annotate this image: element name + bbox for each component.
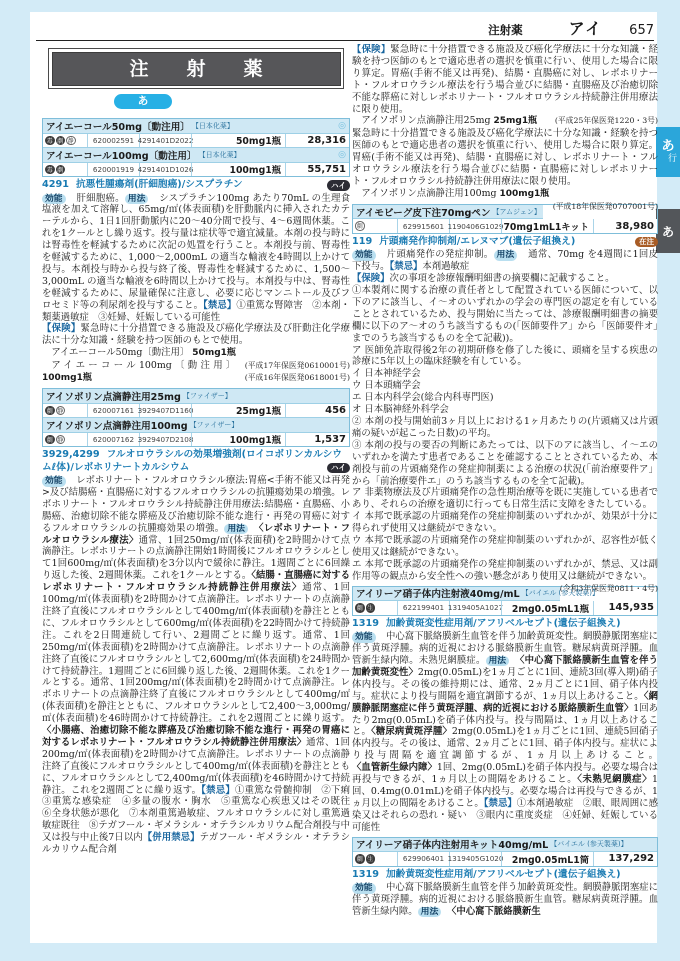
label-pill: 用法 (486, 656, 510, 667)
text (442, 906, 451, 917)
product-maker: 【アムジェン】 (493, 207, 541, 217)
label-pill: 効能 (42, 476, 66, 487)
bracket-label: 【禁忌】 (484, 798, 517, 809)
product-code-1: 620002591 (87, 134, 139, 148)
badge-劇-icon: 劇 (45, 435, 55, 445)
product-name: アイモビーグ皮下注70mgペン (356, 205, 491, 219)
bold-text: 〈中心窩下脈絡膜新生 (452, 906, 541, 917)
paragraph: 【保険】次の事項を診療報酬明細書の摘要欄に記載すること。 (352, 273, 658, 285)
notice-ref: (平成25年保医発1220・3号) (545, 115, 658, 127)
text: 片頭痛発作の発症抑制。 (377, 249, 494, 260)
product-price: 38,980 (593, 219, 657, 233)
product-price: 456 (285, 404, 349, 418)
edge-tab-a-gyo-suffix: 行 (668, 154, 677, 164)
section-title-text: 注 射 薬 (52, 52, 341, 86)
right-column-blocks: 【保険】緊急時に十分措置できる施設及び癌化学療法に十分な知識・経験を持つ医師のも… (352, 44, 658, 918)
product-name-row: アイリーア硝子体内注射液40mg/mL【バイエル (参天製薬)】 (353, 587, 560, 602)
notice-ref: (平成18年保医発0707001号) (543, 201, 658, 213)
paragraph: アイソボリン点滴静注用25mg 25mg1瓶(平成25年保医発1220・3号) (352, 115, 658, 128)
section-title-box: 注 射 薬 (48, 48, 344, 89)
text: ウ 本邦で既承認の片頭痛発作の発症抑制薬のいずれかが、忍容性が低く使用又は継続が… (352, 535, 658, 558)
bracket-label: 【禁忌】 (203, 300, 236, 311)
product-unit: 25mg1瓶 (191, 404, 285, 418)
paragraph: エ 本邦で既承認の片頭痛発作の発症抑制薬のいずれかが、禁忌、又は副作用等の観点か… (352, 559, 658, 583)
price-table: アイリーア硝子体内注射用キット40mg/mL【バイエル (参天製薬)】劇生629… (352, 837, 658, 867)
product-maker: 【ファイザー】 (190, 420, 239, 430)
badge-毒-icon: 毒 (45, 136, 55, 146)
text: エ 本邦で既承認の片頭痛発作の発症抑制薬のいずれかが、禁忌、又は副作用等の観点か… (352, 559, 658, 582)
text (510, 655, 520, 666)
product-name-row: アイソボリン点滴静注用100mg【ファイザー】 (43, 418, 349, 433)
product-name-row: アイソボリン点滴静注用25mg【ファイザー】 (43, 389, 349, 404)
badge-生-icon: 生 (366, 854, 376, 864)
paragraph: アイソボリン点滴静注用100mg 100mg1瓶(平成18年保医発0707001… (352, 188, 658, 201)
text: オ 日本脳神経外科学会 (352, 404, 449, 415)
paragraph: 効能 中心窩下脈絡膜新生血管を伴う加齢黄斑変性。網膜静脈閉塞症に伴う黄斑浮腫。病… (352, 882, 658, 918)
right-column: 【保険】緊急時に十分措置できる施設及び癌化学療法に十分な知識・経験を持つ医師のも… (352, 44, 658, 938)
section-heading: 1319加齢黄斑変性症用剤/アフリベルセプト(遺伝子組換え) (352, 618, 658, 631)
text: 次の事項を診療報酬明細書の摘要欄に記載すること。 (390, 273, 615, 284)
section-title: 抗悪性腫瘍剤(肝細胞癌)/シスプラチン (76, 179, 243, 190)
product-name-row: アイエーコール100mg〔動注用〕【日本化薬】◎ (43, 148, 349, 163)
bold-text: 〈糖尿病黄斑浮腫〉 (371, 726, 452, 737)
left-column-blocks: アイエーコール50mg〔動注用〕【日本化薬】◎毒劇静62000259142914… (42, 118, 350, 856)
bracket-label: 【禁忌】 (390, 261, 423, 272)
notice-ref: (平成16年保医発0618001号) (235, 372, 350, 384)
badge-生-icon: 生 (366, 603, 376, 613)
product-name: アイリーア硝子体内注射液40mg/mL (356, 586, 520, 600)
product-unit: 100mg1瓶 (191, 433, 285, 447)
paragraph: アイエーコール50mg〔動注用〕 50mg1瓶(平成17年保医発0610001号… (42, 347, 350, 360)
paragraph: 効能 肝細胞癌。用法 シスプラチン100mg あたり70mL の生理食塩液を加え… (42, 193, 350, 324)
badge-静-icon: 静 (66, 136, 76, 146)
regulation-badges: 劇生 (353, 603, 397, 613)
paragraph: 効能 レボホリナート・フルオロウラシル療法:胃癌<手術不能又は再発>及び結腸癌・… (42, 475, 350, 856)
text: 通常、1回100mg/㎡(体表面積)を2時間かけて点滴静注。レボホリナートの点滴… (42, 582, 350, 724)
product-code-2: 3929407D1160 (139, 404, 191, 418)
product-name: アイエーコール100mg〔動注用〕 (46, 148, 197, 162)
product-detail-row: 劇静6200071623929407D2108100mg1瓶1,537 (43, 433, 349, 447)
text: ①本製剤に関する治療の責任者として配置されている医師について、以下のアに該当し、… (352, 285, 658, 344)
edge-tab-a-gyo: あ 行 (656, 127, 680, 177)
text: 緊急時に十分措置できる施設及び癌化学療法に十分な知識・経験を持つ医師のもとで適応… (352, 128, 658, 187)
badge-劇-icon: 劇 (45, 406, 55, 416)
section-title: 片頭痛発作抑制剤/エレヌマブ(遺伝子組換え) (379, 236, 575, 247)
page-header: 注射薬 アイ 657 (36, 16, 654, 39)
section-badge-在注: 在注 (635, 237, 658, 248)
paragraph: 【保険】緊急時に十分措置できる施設及び癌化学療法及び肝動注化学療法に十分な知識・… (42, 323, 350, 347)
text: アイエーコール100mg〔動注用〕 (51, 360, 235, 371)
text: アイエーコール50mg〔動注用〕 (51, 347, 192, 358)
unit-text: 25mg1瓶 (493, 116, 537, 126)
product-code-1: 622199401 (397, 601, 449, 615)
section-heading: 119片頭痛発作抑制剤/エレヌマブ(遺伝子組換え)在注 (352, 236, 658, 249)
text: 本剤過敏症 (422, 261, 469, 272)
product-unit: 100mg1瓶 (191, 163, 285, 177)
regulation-badges: 劇静 (43, 406, 87, 416)
product-unit: 2mg0.05mL1筒 (501, 852, 593, 866)
product-code-1: 629906401 (397, 852, 449, 866)
bracket-label: 【保険】 (352, 273, 390, 284)
badge-毒-icon: 毒 (45, 165, 55, 175)
product-name: アイリーア硝子体内注射用キット40mg/mL (356, 837, 548, 851)
badge-静-icon: 静 (56, 435, 66, 445)
product-price: 55,751 (285, 163, 349, 177)
product-code-1: 629915601 (397, 219, 449, 233)
section-code: 1319 (352, 618, 379, 629)
left-column: 注 射 薬 あ アイエーコール50mg〔動注用〕【日本化薬】◎毒劇静620002… (42, 44, 350, 938)
text (249, 523, 259, 534)
paragraph: ①本製剤に関する治療の責任者として配置されている医師について、以下のアに該当し、… (352, 285, 658, 345)
label-pill: 用法 (125, 194, 149, 205)
price-table: アイエーコール50mg〔動注用〕【日本化薬】◎毒劇静62000259142914… (42, 118, 350, 177)
price-table: アイソボリン点滴静注用25mg【ファイザー】劇静6200071613929407… (42, 388, 350, 447)
regulation-badges: 劇 (353, 221, 397, 231)
bold-text: 〈未熟児網膜症〉 (577, 774, 652, 785)
regulation-badges: 毒劇 (43, 165, 87, 175)
kana-index-pill: あ (114, 94, 172, 109)
product-code-2: 1319405A1027 (449, 601, 501, 615)
paragraph: ③ 本剤の投与の要否の判断にあたっては、以下のアに該当し、イ〜エのいずれかを満た… (352, 440, 658, 488)
label-pill: 用法 (494, 250, 518, 261)
generic-mark-icon: ◎ (338, 150, 346, 160)
product-price: 145,935 (593, 601, 657, 615)
product-code-2: 1319405G1020 (449, 852, 501, 866)
notice-ref: (平成17年保医発0610001号) (235, 360, 350, 372)
edge-tab-a-kana: あ (662, 223, 674, 240)
paragraph: 効能 中心窩下脈絡膜新生血管を伴う加齢黄斑変性。網膜静脈閉塞症に伴う黄斑浮腫。病… (352, 631, 658, 833)
bracket-label: 【併用禁忌】 (143, 832, 200, 843)
page-header-index: アイ (569, 16, 604, 39)
text: 肝細胞癌。 (67, 193, 125, 204)
text: 緊急時に十分措置できる施設及び癌化学療法に十分な知識・経験を持つ医師のもとで適応… (352, 44, 658, 115)
badge-静-icon: 静 (56, 406, 66, 416)
bold-text: 〈血管新生緑内障〉 (352, 762, 437, 773)
label-pill: 用法 (418, 907, 442, 918)
product-name-row: アイエーコール50mg〔動注用〕【日本化薬】◎ (43, 119, 349, 134)
badge-劇-icon: 劇 (56, 136, 66, 146)
product-maker: 【ファイザー】 (183, 391, 232, 401)
edge-tab-a-gyo-kana: あ (661, 140, 674, 154)
product-maker: 【バイエル (参天製薬)】 (522, 588, 599, 598)
section-title: 加齢黄斑変性症用剤/アフリベルセプト(遺伝子組換え) (386, 618, 621, 629)
paragraph: イ 日本神経学会 (352, 368, 658, 380)
generic-mark-icon: ◎ (338, 121, 346, 131)
paragraph: エ 日本内科学会(総合内科専門医) (352, 392, 658, 404)
page-header-section: 注射薬 (488, 22, 523, 38)
section-code: 119 (352, 236, 372, 247)
bracket-label: 【保険】 (352, 44, 390, 55)
regulation-badges: 毒劇静 (43, 136, 87, 146)
product-detail-row: 毒劇6200019194291401D1026100mg1瓶55,751 (43, 163, 349, 177)
text: 緊急時に十分措置できる施設及び癌化学療法及び肝動注化学療法に十分な知識・経験を持… (42, 323, 350, 346)
paragraph: ② 本剤の投与開始前3ヶ月以上における1ヶ月あたりの(片頭痛又は片頭痛の疑いが起… (352, 416, 658, 440)
paragraph: オ 日本脳神経外科学会 (352, 404, 658, 416)
text: シスプラチン100mg あたり70mL の生理食塩液を加えて溶解し、65mg/㎡… (42, 193, 350, 311)
unit-text: 100mg1瓶 (42, 373, 92, 383)
section-badge-ハイ: ハイ (327, 180, 350, 191)
product-maker: 【日本化薬】 (199, 150, 241, 160)
product-unit: 70mg1mL1キット (501, 219, 593, 233)
product-code-1: 620007161 (87, 404, 139, 418)
section-code: 3929,4299 (42, 449, 100, 460)
product-code-2: 4291401D1026 (139, 163, 191, 177)
text: エ 日本内科学会(総合内科専門医) (352, 392, 494, 403)
section-heading: 3929,4299フルオロウラシルの効果増強剤(ロイコボリンカルシウムℓ体)/レ… (42, 449, 350, 474)
badge-劇-icon: 劇 (355, 221, 365, 231)
paragraph: ウ 日本頭痛学会 (352, 380, 658, 392)
badge-劇-icon: 劇 (56, 165, 66, 175)
text: ウ 日本頭痛学会 (352, 380, 421, 391)
label-pill: 用法 (224, 524, 248, 535)
section-heading: 4291抗悪性腫瘍剤(肝細胞癌)/シスプラチンハイ (42, 179, 350, 192)
text: ② 本剤の投与開始前3ヶ月以上における1ヶ月あたりの(片頭痛又は片頭痛の疑いが起… (352, 416, 658, 439)
product-name: アイソボリン点滴静注用25mg (46, 389, 181, 403)
text: アイソボリン点滴静注用100mg (361, 188, 499, 199)
paragraph: 【保険】緊急時に十分措置できる施設及び癌化学療法に十分な知識・経験を持つ医師のも… (352, 44, 658, 115)
product-maker: 【バイエル (参天製薬)】 (550, 839, 627, 849)
product-code-1: 620007162 (87, 433, 139, 447)
page-number: 657 (629, 23, 654, 38)
product-price: 28,316 (285, 134, 349, 148)
product-code-1: 620001919 (87, 163, 139, 177)
paragraph: ア 非薬物療法及び片頭痛発作の急性期治療等を既に実施している患者であり、それらの… (352, 487, 658, 511)
product-code-2: 1190406G1029 (449, 219, 501, 233)
badge-劇-icon: 劇 (355, 854, 365, 864)
product-code-2: 4291401D2022 (139, 134, 191, 148)
unit-text: 50mg1瓶 (192, 348, 236, 358)
text: ③ 本剤の投与の要否の判断にあたっては、以下のアに該当し、イ〜エのいずれかを満た… (352, 440, 658, 487)
unit-text: 100mg1瓶 (499, 189, 549, 199)
section-code: 4291 (42, 179, 69, 190)
product-maker: 【日本化薬】 (192, 121, 234, 131)
bracket-label: 【禁忌】 (201, 785, 235, 796)
product-unit: 50mg1瓶 (191, 134, 285, 148)
label-pill: 効能 (352, 250, 376, 261)
section-code: 1319 (352, 869, 379, 880)
product-name-row: アイリーア硝子体内注射用キット40mg/mL【バイエル (参天製薬)】 (353, 838, 657, 853)
product-detail-row: 毒劇静6200025914291401D202250mg1瓶28,316 (43, 134, 349, 149)
product-detail-row: 劇生6299064011319405G10202mg0.05mL1筒137,29… (353, 852, 657, 866)
product-detail-row: 劇生6221994011319405A10272mg0.05mL1瓶145,93… (353, 601, 657, 615)
label-pill: 効能 (42, 194, 66, 205)
section-title: 加齢黄斑変性症用剤/アフリベルセプト(遺伝子組換え) (386, 869, 621, 880)
product-name: アイソボリン点滴静注用100mg (46, 418, 188, 432)
label-pill: 効能 (352, 632, 376, 643)
bold-text: 〈小腸癌、治癒切除不能な膵癌及び治癒切除不能な進行・再発の胃癌に対するレボホリナ… (42, 725, 350, 748)
product-name: アイエーコール50mg〔動注用〕 (46, 119, 190, 133)
label-pill: 効能 (352, 883, 376, 894)
product-code-2: 3929407D2108 (139, 433, 191, 447)
paragraph: ウ 本邦で既承認の片頭痛発作の発症抑制薬のいずれかが、忍容性が低く使用又は継続が… (352, 535, 658, 559)
text: アイソボリン点滴静注用25mg (361, 115, 493, 126)
badge-劇-icon: 劇 (355, 603, 365, 613)
edge-tab-a: あ (656, 209, 680, 253)
product-unit: 2mg0.05mL1瓶 (501, 601, 593, 615)
header-rule (36, 40, 654, 41)
paragraph: イ 本邦で既承認の片頭痛発作の発症抑制薬のいずれかが、効果が十分に得られず使用又… (352, 511, 658, 535)
product-price: 137,292 (593, 852, 657, 866)
section-heading: 1319加齢黄斑変性症用剤/アフリベルセプト(遺伝子組換え) (352, 869, 658, 882)
regulation-badges: 劇静 (43, 435, 87, 445)
paragraph: ア 医師免許取得後2年の初期研修を修了した後に、頭痛を呈する疾患の診療に5年以上… (352, 345, 658, 369)
section-badge-ハイ: ハイ (327, 463, 350, 474)
paragraph: 効能 片頭痛発作の発症抑制。用法 通常、70mg を4週間に1回皮下投与。【禁忌… (352, 249, 658, 273)
paragraph: 緊急時に十分措置できる施設及び癌化学療法に十分な知識・経験を持つ医師のもとで適応… (352, 128, 658, 188)
regulation-badges: 劇生 (353, 854, 397, 864)
product-name-row: アイモビーグ皮下注70mgペン【アムジェン】 (353, 205, 543, 220)
product-detail-row: 劇静6200071613929407D116025mg1瓶456 (43, 404, 349, 419)
text: ア 非薬物療法及び片頭痛発作の急性期治療等を既に実施している患者であり、それらの… (352, 487, 658, 510)
bracket-label: 【保険】 (42, 323, 81, 334)
text: ア 医師免許取得後2年の初期研修を修了した後に、頭痛を呈する疾患の診療に5年以上… (352, 345, 658, 368)
text: イ 本邦で既承認の片頭痛発作の発症抑制薬のいずれかが、効果が十分に得られず使用又… (352, 511, 658, 534)
product-detail-row: 劇6299156011190406G102970mg1mL1キット38,980 (353, 219, 657, 233)
text: イ 日本神経学会 (352, 368, 421, 379)
product-price: 1,537 (285, 433, 349, 447)
